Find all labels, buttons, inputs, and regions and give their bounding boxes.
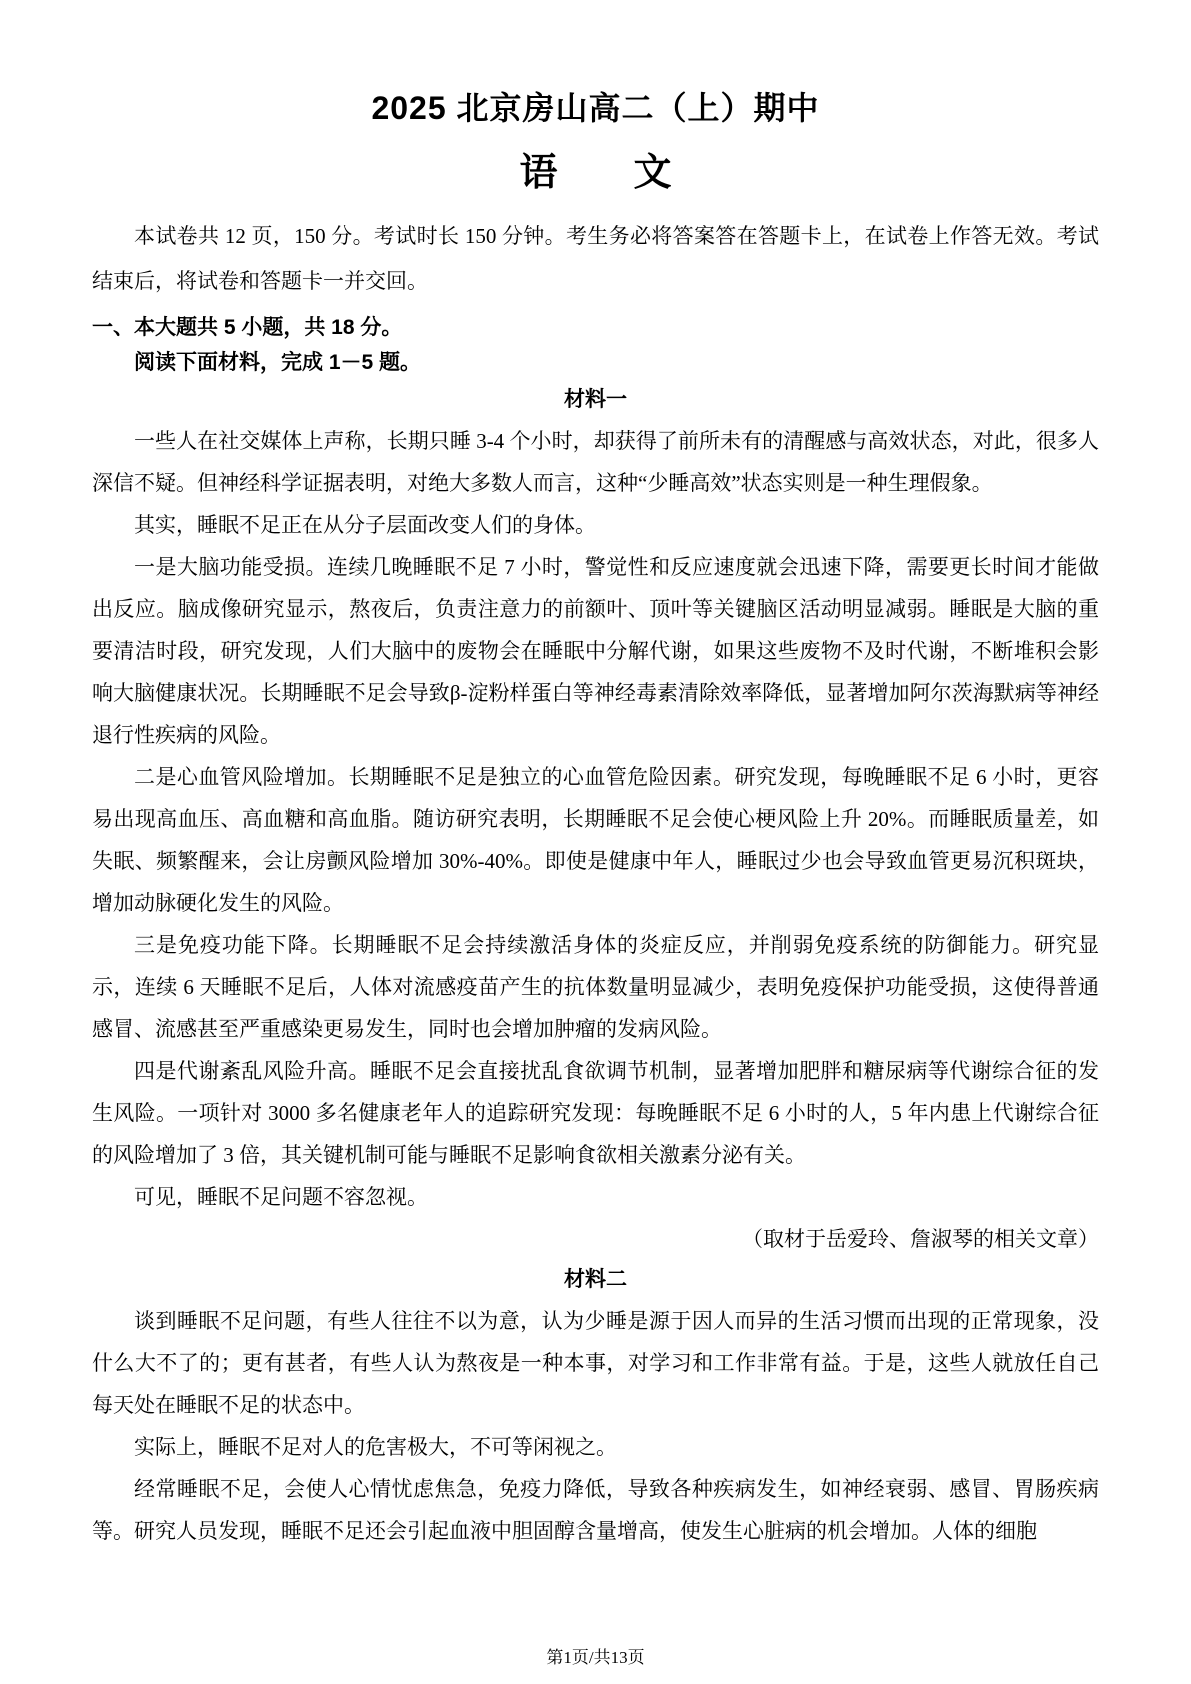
exam-paper-page: 2025 北京房山高二（上）期中 语 文 本试卷共 12 页，150 分。考试时… bbox=[0, 0, 1191, 1684]
material-two-paragraph-2: 实际上，睡眠不足对人的危害极大，不可等闲视之。 bbox=[92, 1426, 1099, 1468]
material-one-paragraph-3: 一是大脑功能受损。连续几晚睡眠不足 7 小时，警觉性和反应速度就会迅速下降，需要… bbox=[92, 546, 1099, 756]
material-two-paragraph-1: 谈到睡眠不足问题，有些人往往不以为意，认为少睡是源于因人而异的生活习惯而出现的正… bbox=[92, 1300, 1099, 1426]
exam-subject: 语 文 bbox=[92, 150, 1099, 196]
section-one-instruction: 阅读下面材料，完成 1－5 题。 bbox=[92, 345, 1099, 380]
material-one-paragraph-6: 四是代谢紊乱风险升高。睡眠不足会直接扰乱食欲调节机制，显著增加肥胖和糖尿病等代谢… bbox=[92, 1050, 1099, 1176]
material-two-heading: 材料二 bbox=[92, 1260, 1099, 1300]
material-two-paragraph-3: 经常睡眠不足，会使人心情忧虑焦急，免疫力降低，导致各种疾病发生，如神经衰弱、感冒… bbox=[92, 1468, 1099, 1552]
material-one-paragraph-5: 三是免疫功能下降。长期睡眠不足会持续激活身体的炎症反应，并削弱免疫系统的防御能力… bbox=[92, 924, 1099, 1050]
material-one-paragraph-1: 一些人在社交媒体上声称，长期只睡 3-4 个小时，却获得了前所未有的清醒感与高效… bbox=[92, 420, 1099, 504]
exam-instructions: 本试卷共 12 页，150 分。考试时长 150 分钟。考生务必将答案答在答题卡… bbox=[92, 214, 1099, 304]
material-one-paragraph-7: 可见，睡眠不足问题不容忽视。 bbox=[92, 1176, 1099, 1218]
material-one-paragraph-4: 二是心血管风险增加。长期睡眠不足是独立的心血管危险因素。研究发现，每晚睡眠不足 … bbox=[92, 756, 1099, 924]
page-number: 第1页/共13页 bbox=[0, 1643, 1191, 1668]
material-one-heading: 材料一 bbox=[92, 380, 1099, 420]
exam-title: 2025 北京房山高二（上）期中 bbox=[92, 88, 1099, 128]
material-one-paragraph-2: 其实，睡眠不足正在从分子层面改变人们的身体。 bbox=[92, 504, 1099, 546]
material-one-source-credit: （取材于岳爱玲、詹淑琴的相关文章） bbox=[92, 1218, 1099, 1260]
section-one-heading: 一、本大题共 5 小题，共 18 分。 bbox=[92, 310, 1099, 345]
page-content: 2025 北京房山高二（上）期中 语 文 本试卷共 12 页，150 分。考试时… bbox=[0, 0, 1191, 1552]
